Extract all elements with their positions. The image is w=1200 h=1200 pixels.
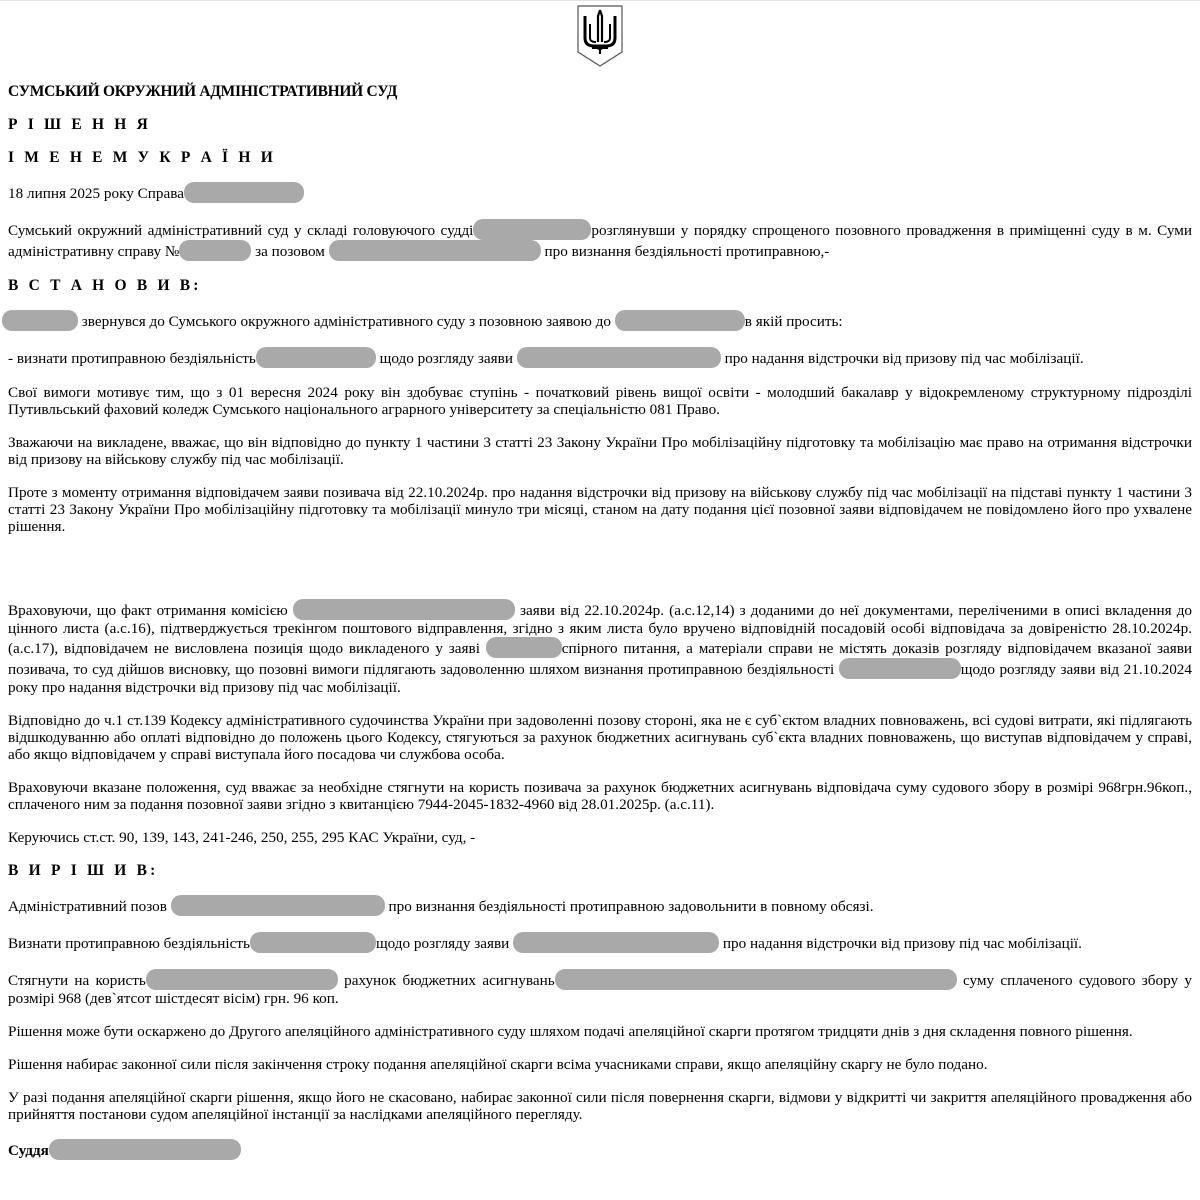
ukraine-trident-icon	[576, 4, 624, 68]
right-paragraph: Зважаючи на викладене, вважає, що він ві…	[8, 434, 1192, 468]
established-paragraph: звернувся до Сумського окружного адмініс…	[2, 310, 1192, 331]
considering-paragraph: Враховуючи, що факт отримання комісією з…	[8, 599, 1192, 696]
redacted-defendant	[839, 658, 961, 679]
motive-paragraph: Свої вимоги мотивує тим, що з 01 вересня…	[8, 384, 1192, 418]
redacted-plaintiff	[146, 969, 338, 990]
court-fee-paragraph: Враховуючи вказане положення, суд вважає…	[8, 779, 1192, 813]
appeal-paragraph: Рішення може бути оскаржено до Другого а…	[8, 1023, 1192, 1040]
document-type: Р І Ш Е Н Н Я	[8, 116, 1192, 133]
guided-by-paragraph: Керуючись ст.ст. 90, 139, 143, 241-246, …	[8, 829, 1192, 846]
court-name: СУМСЬКИЙ ОКРУЖНИЙ АДМІНІСТРАТИВНИЙ СУД	[8, 83, 1192, 100]
in-the-name-of-ukraine: І М Е Н Е М У К Р А Ї Н И	[8, 149, 1192, 166]
redacted-defendant	[555, 969, 957, 990]
appeal-effect-paragraph: У разі подання апеляційної скарги рішенн…	[8, 1089, 1192, 1123]
claim-paragraph: - визнати протиправною бездіяльність щод…	[8, 347, 1192, 368]
intro-paragraph: Сумський окружний адміністративний суд у…	[8, 219, 1192, 261]
redacted-application	[513, 932, 719, 953]
redacted-defendant	[250, 932, 376, 953]
entry-into-force-paragraph: Рішення набирає законної сили після закі…	[8, 1056, 1192, 1073]
redacted-application	[517, 347, 721, 368]
date-case-line: 18 липня 2025 року Справа	[8, 182, 1192, 203]
redacted-judge-name	[49, 1139, 241, 1160]
judge-signature: Суддя	[8, 1139, 1192, 1160]
redacted-defendant	[256, 347, 376, 368]
established-heading: В С Т А Н О В И В:	[8, 277, 1192, 294]
timing-paragraph: Проте з моменту отримання відповідачем з…	[8, 484, 1192, 535]
redacted-commission	[293, 599, 515, 620]
decision-item-3: Стягнути на користь рахунок бюджетних ас…	[8, 969, 1192, 1007]
redacted-plaintiff	[2, 310, 78, 331]
redacted-plaintiff	[171, 895, 385, 916]
redacted-case-number	[184, 182, 304, 203]
costs-law-paragraph: Відповідно до ч.1 ст.139 Кодексу адмініс…	[8, 712, 1192, 763]
decision-item-1: Адміністративний позов про визнання безд…	[8, 895, 1192, 916]
redacted-text	[486, 637, 562, 658]
decision-item-2: Визнати протиправною бездіяльністьщодо р…	[8, 932, 1192, 953]
top-border	[0, 0, 1200, 1]
redacted-defendant	[615, 310, 745, 331]
redacted-plaintiff	[329, 240, 541, 261]
court-decision-document: СУМСЬКИЙ ОКРУЖНИЙ АДМІНІСТРАТИВНИЙ СУД Р…	[8, 83, 1192, 1176]
redacted-judge-name	[473, 219, 591, 240]
redacted-case-number	[179, 240, 251, 261]
decided-heading: В И Р І Ш И В:	[8, 862, 1192, 879]
